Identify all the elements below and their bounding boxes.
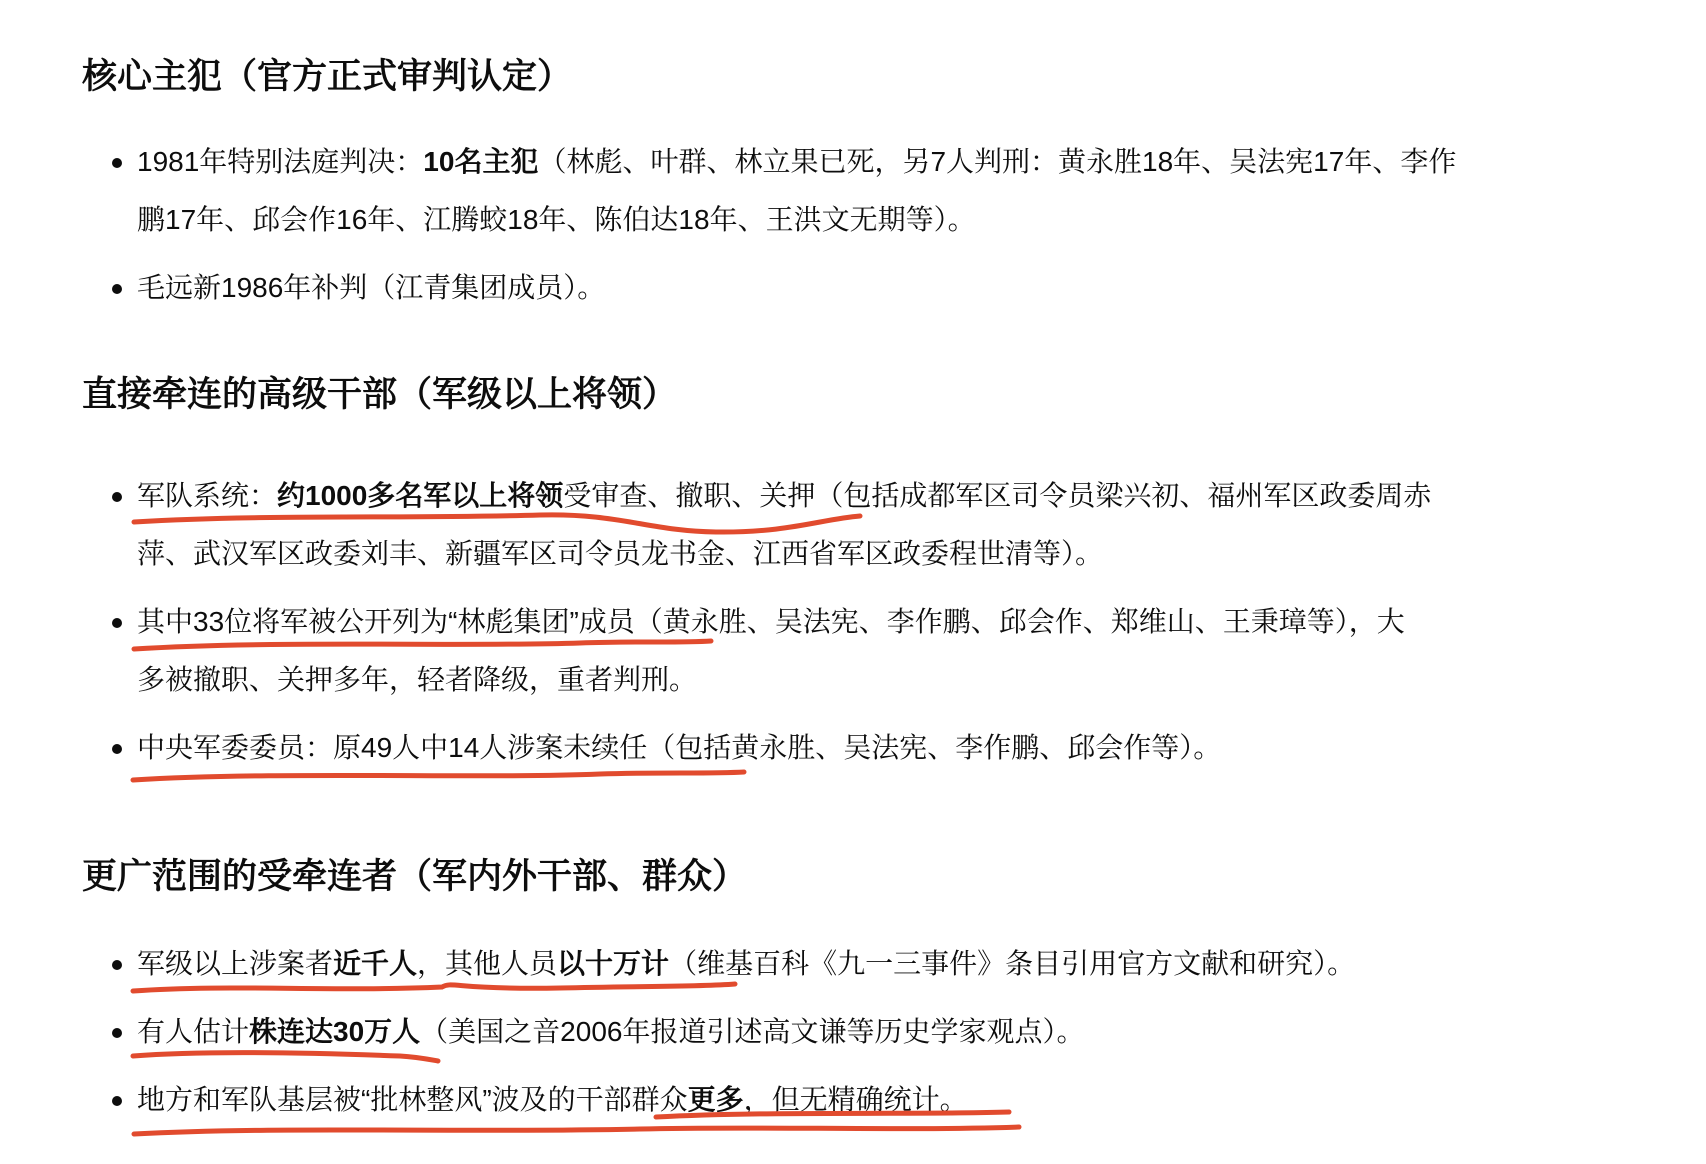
list-item: 军级以上涉案者近千人，其他人员以十万计（维基百科《九一三事件》条目引用官方文献和… [82,935,1566,993]
text-segment: 有人估计 [137,1016,249,1047]
section-wider-affected: 更广范围的受牵连者（军内外干部、群众） 军级以上涉案者近千人，其他人员以十万计（… [82,855,1566,1129]
bullet-list: 军队系统：约1000多名军以上将领受审查、撤职、关押（包括成都军区司令员梁兴初、… [82,467,1566,777]
text-segment: 中央军委委员：原49人中14人涉案未续任（包括黄永胜、吴法宪、李作鹏、邱会作等）… [137,732,1221,763]
text-segment: ，但无精确统计。 [744,1084,968,1115]
list-item: 地方和军队基层被“批林整风”波及的干部群众更多，但无精确统计。 [82,1071,1566,1129]
section-core-culprits: 核心主犯（官方正式审判认定） 1981年特别法庭判决：10名主犯（林彪、叶群、林… [82,55,1566,317]
text-segment: （维基百科《九一三事件》条目引用官方文献和研究）。 [669,948,1355,979]
text-segment: 毛远新1986年补判（江青集团成员）。 [137,272,605,303]
text-segment: 多被撤职、关押多年，轻者降级，重者判刑。 [137,664,697,695]
text-segment: 受审查、撤职、关押（包括成都军区司令员梁兴初、福州军区政委周赤 [563,480,1431,511]
text-segment: （林彪、叶群、林立果已死，另7人判刑：黄永胜18年、吴法宪17年、李作 [538,146,1456,177]
section-heading: 直接牵连的高级干部（军级以上将领） [82,373,1566,417]
list-item: 有人估计株连达30万人（美国之音2006年报道引述高文谦等历史学家观点）。 [82,1003,1566,1061]
section-heading: 更广范围的受牵连者（军内外干部、群众） [82,855,1566,899]
text-segment: 株连达30万人 [249,1016,420,1047]
text-segment: 地方和军队基层被“批林整风”波及的干部群众 [137,1084,688,1115]
list-item: 1981年特别法庭判决：10名主犯（林彪、叶群、林立果已死，另7人判刑：黄永胜1… [82,133,1566,249]
bullet-list: 军级以上涉案者近千人，其他人员以十万计（维基百科《九一三事件》条目引用官方文献和… [82,935,1566,1129]
text-segment: 鹏17年、邱会作16年、江腾蛟18年、陈伯达18年、王洪文无期等）。 [137,204,976,235]
list-item: 其中33位将军被公开列为“林彪集团”成员（黄永胜、吴法宪、李作鹏、邱会作、郑维山… [82,593,1566,709]
text-segment: （美国之音2006年报道引述高文谦等历史学家观点）。 [420,1016,1084,1047]
list-item: 军队系统：约1000多名军以上将领受审查、撤职、关押（包括成都军区司令员梁兴初、… [82,467,1566,583]
text-segment: 其中33位将军被公开列为“林彪集团”成员（黄永胜、吴法宪、李作鹏、邱会作、郑维山… [137,606,1405,637]
text-segment: 萍、武汉军区政委刘丰、新疆军区司令员龙书金、江西省军区政委程世清等）。 [137,538,1103,569]
section-heading: 核心主犯（官方正式审判认定） [82,55,1566,99]
text-segment: 军队系统： [137,480,277,511]
document-body: 核心主犯（官方正式审判认定） 1981年特别法庭判决：10名主犯（林彪、叶群、林… [0,0,1706,1129]
text-segment: ，其他人员 [417,948,557,979]
list-item: 中央军委委员：原49人中14人涉案未续任（包括黄永胜、吴法宪、李作鹏、邱会作等）… [82,719,1566,777]
text-segment: 约1000多名军以上将领 [277,480,563,511]
text-segment: 更多 [688,1084,744,1115]
text-segment: 10名主犯 [423,146,538,177]
section-implicated-senior-cadres: 直接牵连的高级干部（军级以上将领） 军队系统：约1000多名军以上将领受审查、撤… [82,373,1566,777]
text-segment: 以十万计 [557,948,669,979]
text-segment: 军级以上涉案者 [137,948,333,979]
list-item: 毛远新1986年补判（江青集团成员）。 [82,259,1566,317]
text-segment: 近千人 [333,948,417,979]
bullet-list: 1981年特别法庭判决：10名主犯（林彪、叶群、林立果已死，另7人判刑：黄永胜1… [82,133,1566,317]
text-segment: 1981年特别法庭判决： [137,146,423,177]
